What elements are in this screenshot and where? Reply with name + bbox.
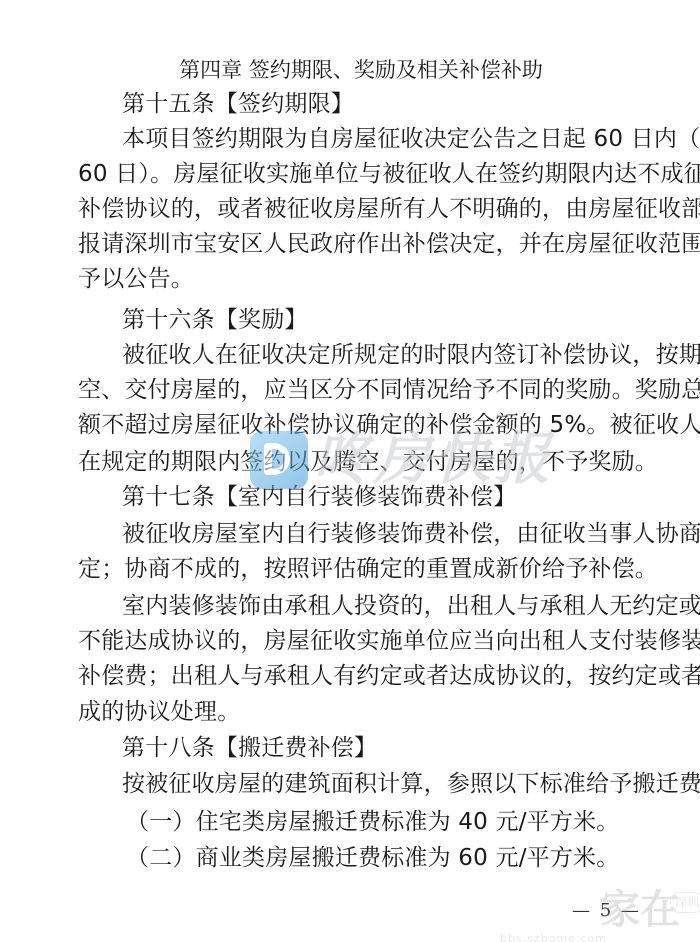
paragraph-line: 60 日）。房屋征收实施单位与被征收人在签约期限内达不成征收 xyxy=(78,159,663,189)
paragraph-line: 空、交付房屋的，应当区分不同情况给予不同的奖励。奖励总金 xyxy=(78,375,663,405)
paragraph-line: 定；协商不成的，按照评估确定的重置成新价给予补偿。 xyxy=(78,554,663,584)
document-page: 第四章 签约期限、奖励及相关补偿补助 第十五条【签约期限】 本项目签约期限为自房… xyxy=(0,0,700,942)
paragraph-line: 在规定的期限内签约以及腾空、交付房屋的，不予奖励。 xyxy=(78,447,663,477)
paragraph-line: 补偿费；出租人与承租人有约定或者达成协议的，按约定或者达 xyxy=(78,661,663,691)
paragraph-line: 不能达成协议的，房屋征收实施单位应当向出租人支付装修装饰 xyxy=(78,626,663,656)
paragraph-line: 予以公告。 xyxy=(78,264,663,294)
article-heading: 第十七条【室内自行装修装饰费补偿】 xyxy=(122,482,667,512)
paragraph-line: 成的协议处理。 xyxy=(78,697,663,727)
corner-watermark-url: bbs.szhome.com xyxy=(500,932,607,942)
article-heading: 第十八条【搬迁费补偿】 xyxy=(122,733,667,763)
paragraph-line: 按被征收房屋的建筑面积计算，参照以下标准给予搬迁费： xyxy=(122,769,667,799)
paragraph-line: 被征收房屋室内自行装修装饰费补偿，由征收当事人协商确 xyxy=(122,519,667,549)
page-number: — 5 — xyxy=(572,900,641,921)
list-item: （一）住宅类房屋搬迁费标准为 40 元/平方米。 xyxy=(126,807,700,837)
paragraph-line: 补偿协议的，或者被征收房屋所有人不明确的，由房屋征收部门 xyxy=(78,194,663,224)
paragraph-line: 被征收人在征收决定所规定的时限内签订补偿协议，按期腾 xyxy=(122,340,667,370)
chapter-title: 第四章 签约期限、奖励及相关补偿补助 xyxy=(0,55,700,85)
corner-watermark-badge: 深圳 xyxy=(670,892,700,913)
paragraph-line: 本项目签约期限为自房屋征收决定公告之日起 60 日内（含 xyxy=(122,124,667,154)
paragraph-line: 报请深圳市宝安区人民政府作出补偿决定，并在房屋征收范围内 xyxy=(78,229,663,259)
paragraph-line: 室内装修装饰由承租人投资的，出租人与承租人无约定或者 xyxy=(122,591,667,621)
article-heading: 第十六条【奖励】 xyxy=(122,305,667,335)
list-item: （二）商业类房屋搬迁费标准为 60 元/平方米。 xyxy=(126,843,700,873)
paragraph-line: 额不超过房屋征收补偿协议确定的补偿金额的 5%。被征收人未 xyxy=(78,410,663,440)
article-heading: 第十五条【签约期限】 xyxy=(122,89,667,119)
